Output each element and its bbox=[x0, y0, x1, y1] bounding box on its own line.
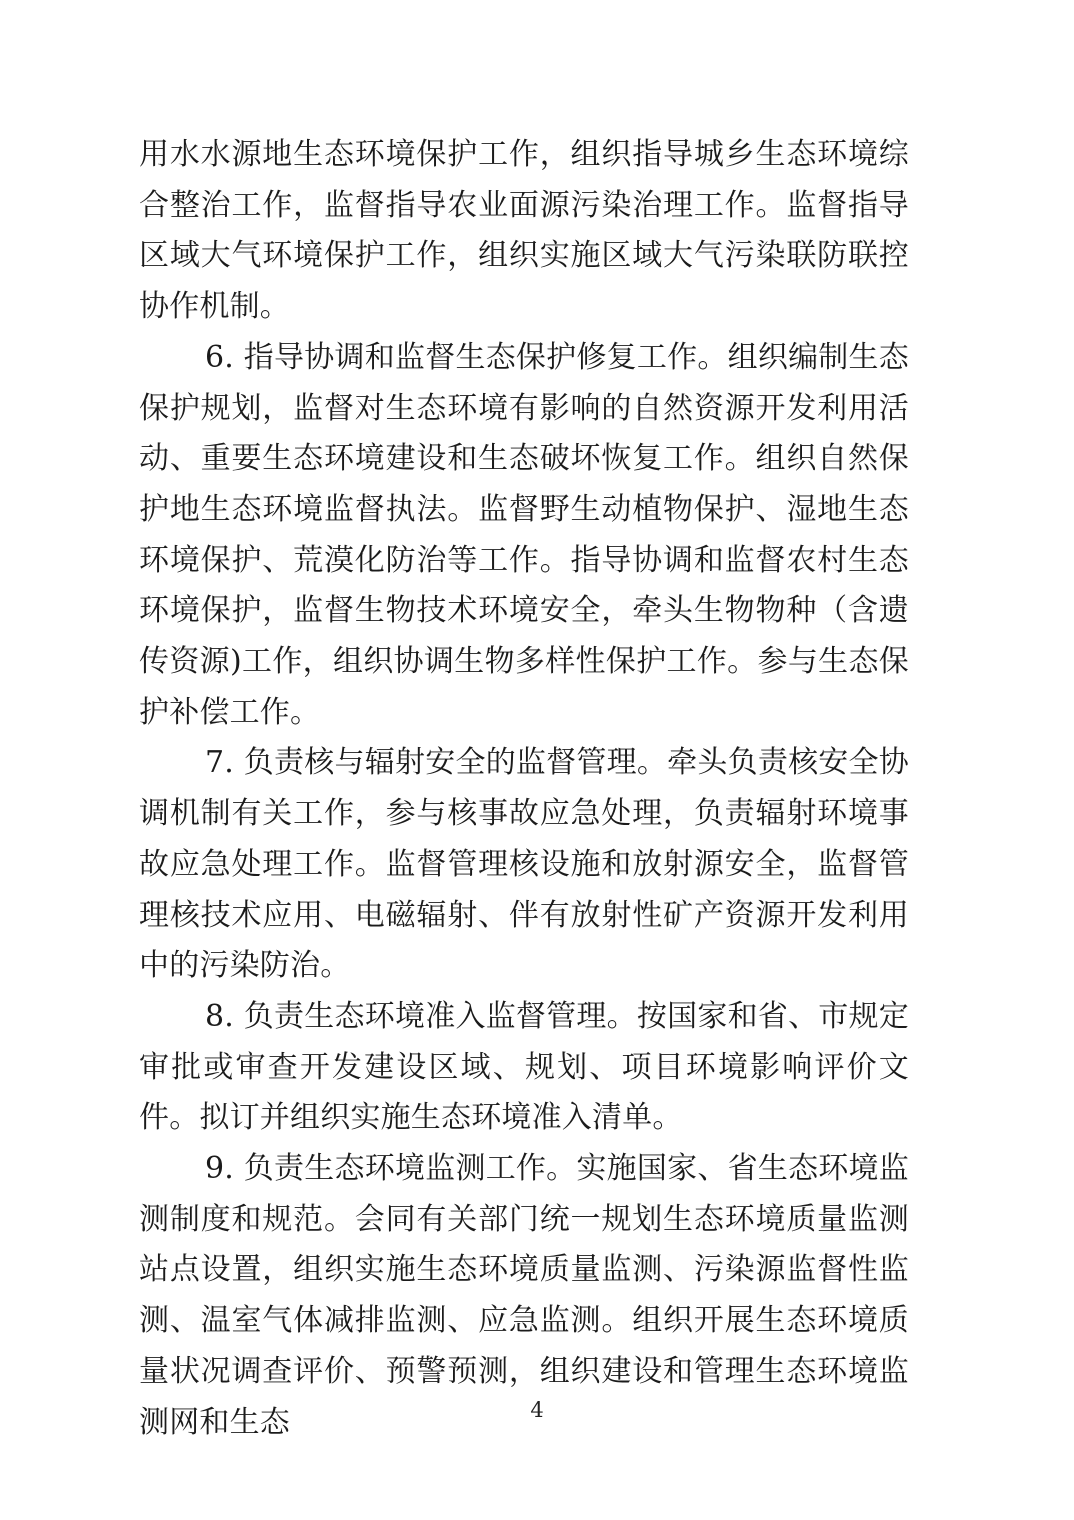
paragraph-item-7: 7. 负责核与辐射安全的监督管理。牵头负责核安全协调机制有关工作，参与核事故应急… bbox=[139, 738, 909, 992]
page-number: 4 bbox=[530, 1398, 543, 1422]
paragraph-item-8: 8. 负责生态环境准入监督管理。按国家和省、市规定审批或审查开发建设区域、规划、… bbox=[139, 992, 909, 1144]
page-footer: 4 bbox=[0, 1398, 1074, 1422]
paragraph-item-6: 6. 指导协调和监督生态保护修复工作。组织编制生态保护规划，监督对生态环境有影响… bbox=[139, 333, 909, 739]
document-body: 用水水源地生态环境保护工作，组织指导城乡生态环境综合整治工作，监督指导农业面源污… bbox=[139, 130, 909, 1448]
paragraph-continued: 用水水源地生态环境保护工作，组织指导城乡生态环境综合整治工作，监督指导农业面源污… bbox=[139, 130, 909, 333]
document-page: 用水水源地生态环境保护工作，组织指导城乡生态环境综合整治工作，监督指导农业面源污… bbox=[0, 0, 1074, 1520]
